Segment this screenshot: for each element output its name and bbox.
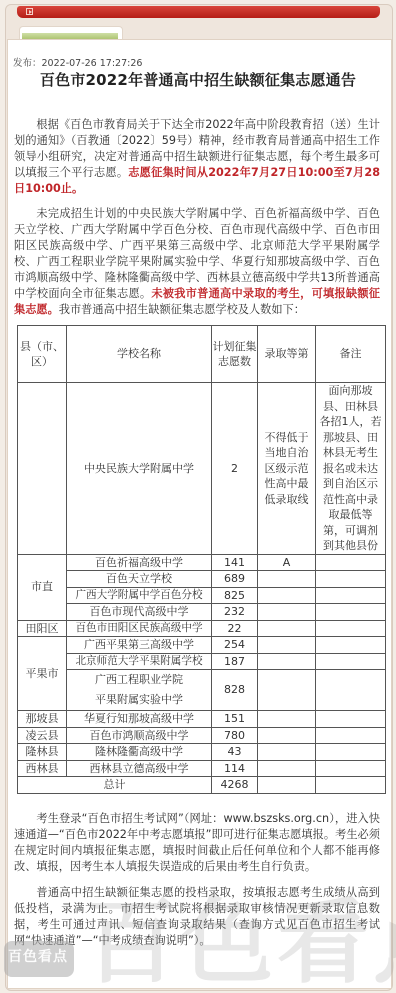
header-remark: 备注 [316, 326, 386, 383]
publish-info: 发布：2022-07-26 17:27:26 [13, 55, 142, 69]
table-total-row: 总计 4268 [18, 777, 386, 794]
cell-grade [258, 711, 316, 728]
total-value: 4268 [212, 777, 258, 794]
cell-remark [316, 620, 386, 637]
cell-grade [258, 760, 316, 777]
paragraph-2-tail: 我市普通高中招生缺额征集志愿学校及人数如下： [59, 303, 305, 316]
cell-county: 那坡县 [18, 711, 67, 728]
table-header-row: 县（市、区） 学校名称 计划征集志愿数 录取等第 备注 [18, 326, 386, 383]
table-row: 平果市 广西平果第三高级中学 254 [18, 637, 386, 654]
cell-quota: 825 [212, 587, 258, 604]
cell-school: 百色祈福高级中学 [67, 554, 212, 571]
cell-grade [258, 653, 316, 670]
table-row: 广西大学附属中学百色分校 825 [18, 587, 386, 604]
header-school: 学校名称 [67, 326, 212, 383]
cell-county: 市直 [18, 554, 67, 620]
cell-quota: 2 [212, 383, 258, 555]
table-row: 西林县 西林县立德高级中学 114 [18, 760, 386, 777]
table-row: 隆林县 隆林隆衢高级中学 43 [18, 744, 386, 761]
paragraph-2: 未完成招生计划的中央民族大学附属中学、百色祈福高级中学、百色天立学校、广西大学附… [14, 206, 380, 318]
cell-grade [258, 637, 316, 654]
cell-remark: 面向那坡县、田林县各招1人，若那坡县、田林县无考生报名或未达到自治区示范性高中录… [316, 383, 386, 555]
cell-quota: 689 [212, 571, 258, 588]
cell-school-line1: 广西工程职业学院 [95, 673, 183, 686]
header-quota-line1: 计划征集 [213, 340, 257, 353]
cell-grade: 不得低于当地自治区级示范性高中最低录取线 [258, 383, 316, 555]
cell-quota: 232 [212, 604, 258, 621]
total-label: 总计 [18, 777, 212, 794]
cell-quota: 187 [212, 653, 258, 670]
publish-time: 2022-07-26 17:27:26 [42, 58, 143, 69]
cell-quota: 114 [212, 760, 258, 777]
table-row: 凌云县 百色市鸿顺高级中学 780 [18, 727, 386, 744]
cell-quota: 43 [212, 744, 258, 761]
table-row: 北京师范大学平果附属学校 187 [18, 653, 386, 670]
table-row: 市直 百色祈福高级中学 141 A [18, 554, 386, 571]
cell-grade [258, 604, 316, 621]
cell-county: 隆林县 [18, 744, 67, 761]
cell-county: 平果市 [18, 637, 67, 711]
header-quota-line2: 志愿数 [218, 355, 251, 368]
publish-label: 发布： [13, 58, 42, 69]
header-quota: 计划征集志愿数 [212, 326, 258, 383]
page-title: 百色市2022年普通高中招生缺额征集志愿通告 [0, 69, 396, 90]
cell-remark [316, 777, 386, 794]
paragraph-3: 考生登录“百色市招生考试网”（网址：www.bszsks.org.cn），进入快… [14, 811, 380, 875]
cell-school: 华夏行知那坡高级中学 [67, 711, 212, 728]
table-row: 百色市现代高级中学 232 [18, 604, 386, 621]
cell-school: 百色市现代高级中学 [67, 604, 212, 621]
cell-remark [316, 760, 386, 777]
cell-county [18, 383, 67, 555]
cell-grade: A [258, 554, 316, 571]
cell-remark [316, 637, 386, 654]
cell-county: 凌云县 [18, 727, 67, 744]
cell-grade [258, 670, 316, 711]
cell-quota: 780 [212, 727, 258, 744]
cell-remark [316, 670, 386, 711]
title-bar [17, 6, 380, 18]
cell-remark [316, 744, 386, 761]
cell-remark [316, 711, 386, 728]
header-grade: 录取等第 [258, 326, 316, 383]
cell-school: 广西大学附属中学百色分校 [67, 587, 212, 604]
cell-remark [316, 604, 386, 621]
quota-table: 县（市、区） 学校名称 计划征集志愿数 录取等第 备注 中央民族大学附属中学 2… [17, 325, 386, 794]
cell-school: 中央民族大学附属中学 [67, 383, 212, 555]
cell-quota: 151 [212, 711, 258, 728]
table-row: 那坡县 华夏行知那坡高级中学 151 [18, 711, 386, 728]
cell-school: 广西平果第三高级中学 [67, 637, 212, 654]
cell-remark [316, 554, 386, 571]
cell-county: 田阳区 [18, 620, 67, 637]
cell-grade [258, 727, 316, 744]
watermark-logo-text: 百色看点 [8, 946, 68, 966]
play-icon[interactable] [26, 8, 33, 15]
cell-grade [258, 777, 316, 794]
watermark-large: 百色看点 [85, 893, 396, 993]
cell-school: 西林县立德高级中学 [67, 760, 212, 777]
cell-school-line2: 平果附属实验中学 [95, 693, 183, 706]
cell-quota: 828 [212, 670, 258, 711]
cell-quota: 254 [212, 637, 258, 654]
cell-remark [316, 653, 386, 670]
cell-school: 广西工程职业学院平果附属实验中学 [67, 670, 212, 711]
cell-county: 西林县 [18, 760, 67, 777]
cell-grade [258, 571, 316, 588]
table-row: 广西工程职业学院平果附属实验中学 828 [18, 670, 386, 711]
cell-school: 百色市鸿顺高级中学 [67, 727, 212, 744]
table-row: 中央民族大学附属中学 2 不得低于当地自治区级示范性高中最低录取线 面向那坡县、… [18, 383, 386, 555]
cell-grade [258, 744, 316, 761]
cell-remark [316, 587, 386, 604]
header-county: 县（市、区） [18, 326, 67, 383]
paragraph-1: 根据《百色市教育局关于下达全市2022年高中阶段教育招（送）生计划的通知》（百教… [14, 117, 380, 197]
cell-remark [316, 727, 386, 744]
cell-school: 北京师范大学平果附属学校 [67, 653, 212, 670]
cell-quota: 141 [212, 554, 258, 571]
cell-remark [316, 571, 386, 588]
table-row: 田阳区 百色市田阳区民族高级中学 22 [18, 620, 386, 637]
cell-grade [258, 587, 316, 604]
cell-grade [258, 620, 316, 637]
cell-school: 百色市田阳区民族高级中学 [67, 620, 212, 637]
table-row: 百色天立学校 689 [18, 571, 386, 588]
cell-school: 百色天立学校 [67, 571, 212, 588]
cell-school: 隆林隆衢高级中学 [67, 744, 212, 761]
cell-quota: 22 [212, 620, 258, 637]
